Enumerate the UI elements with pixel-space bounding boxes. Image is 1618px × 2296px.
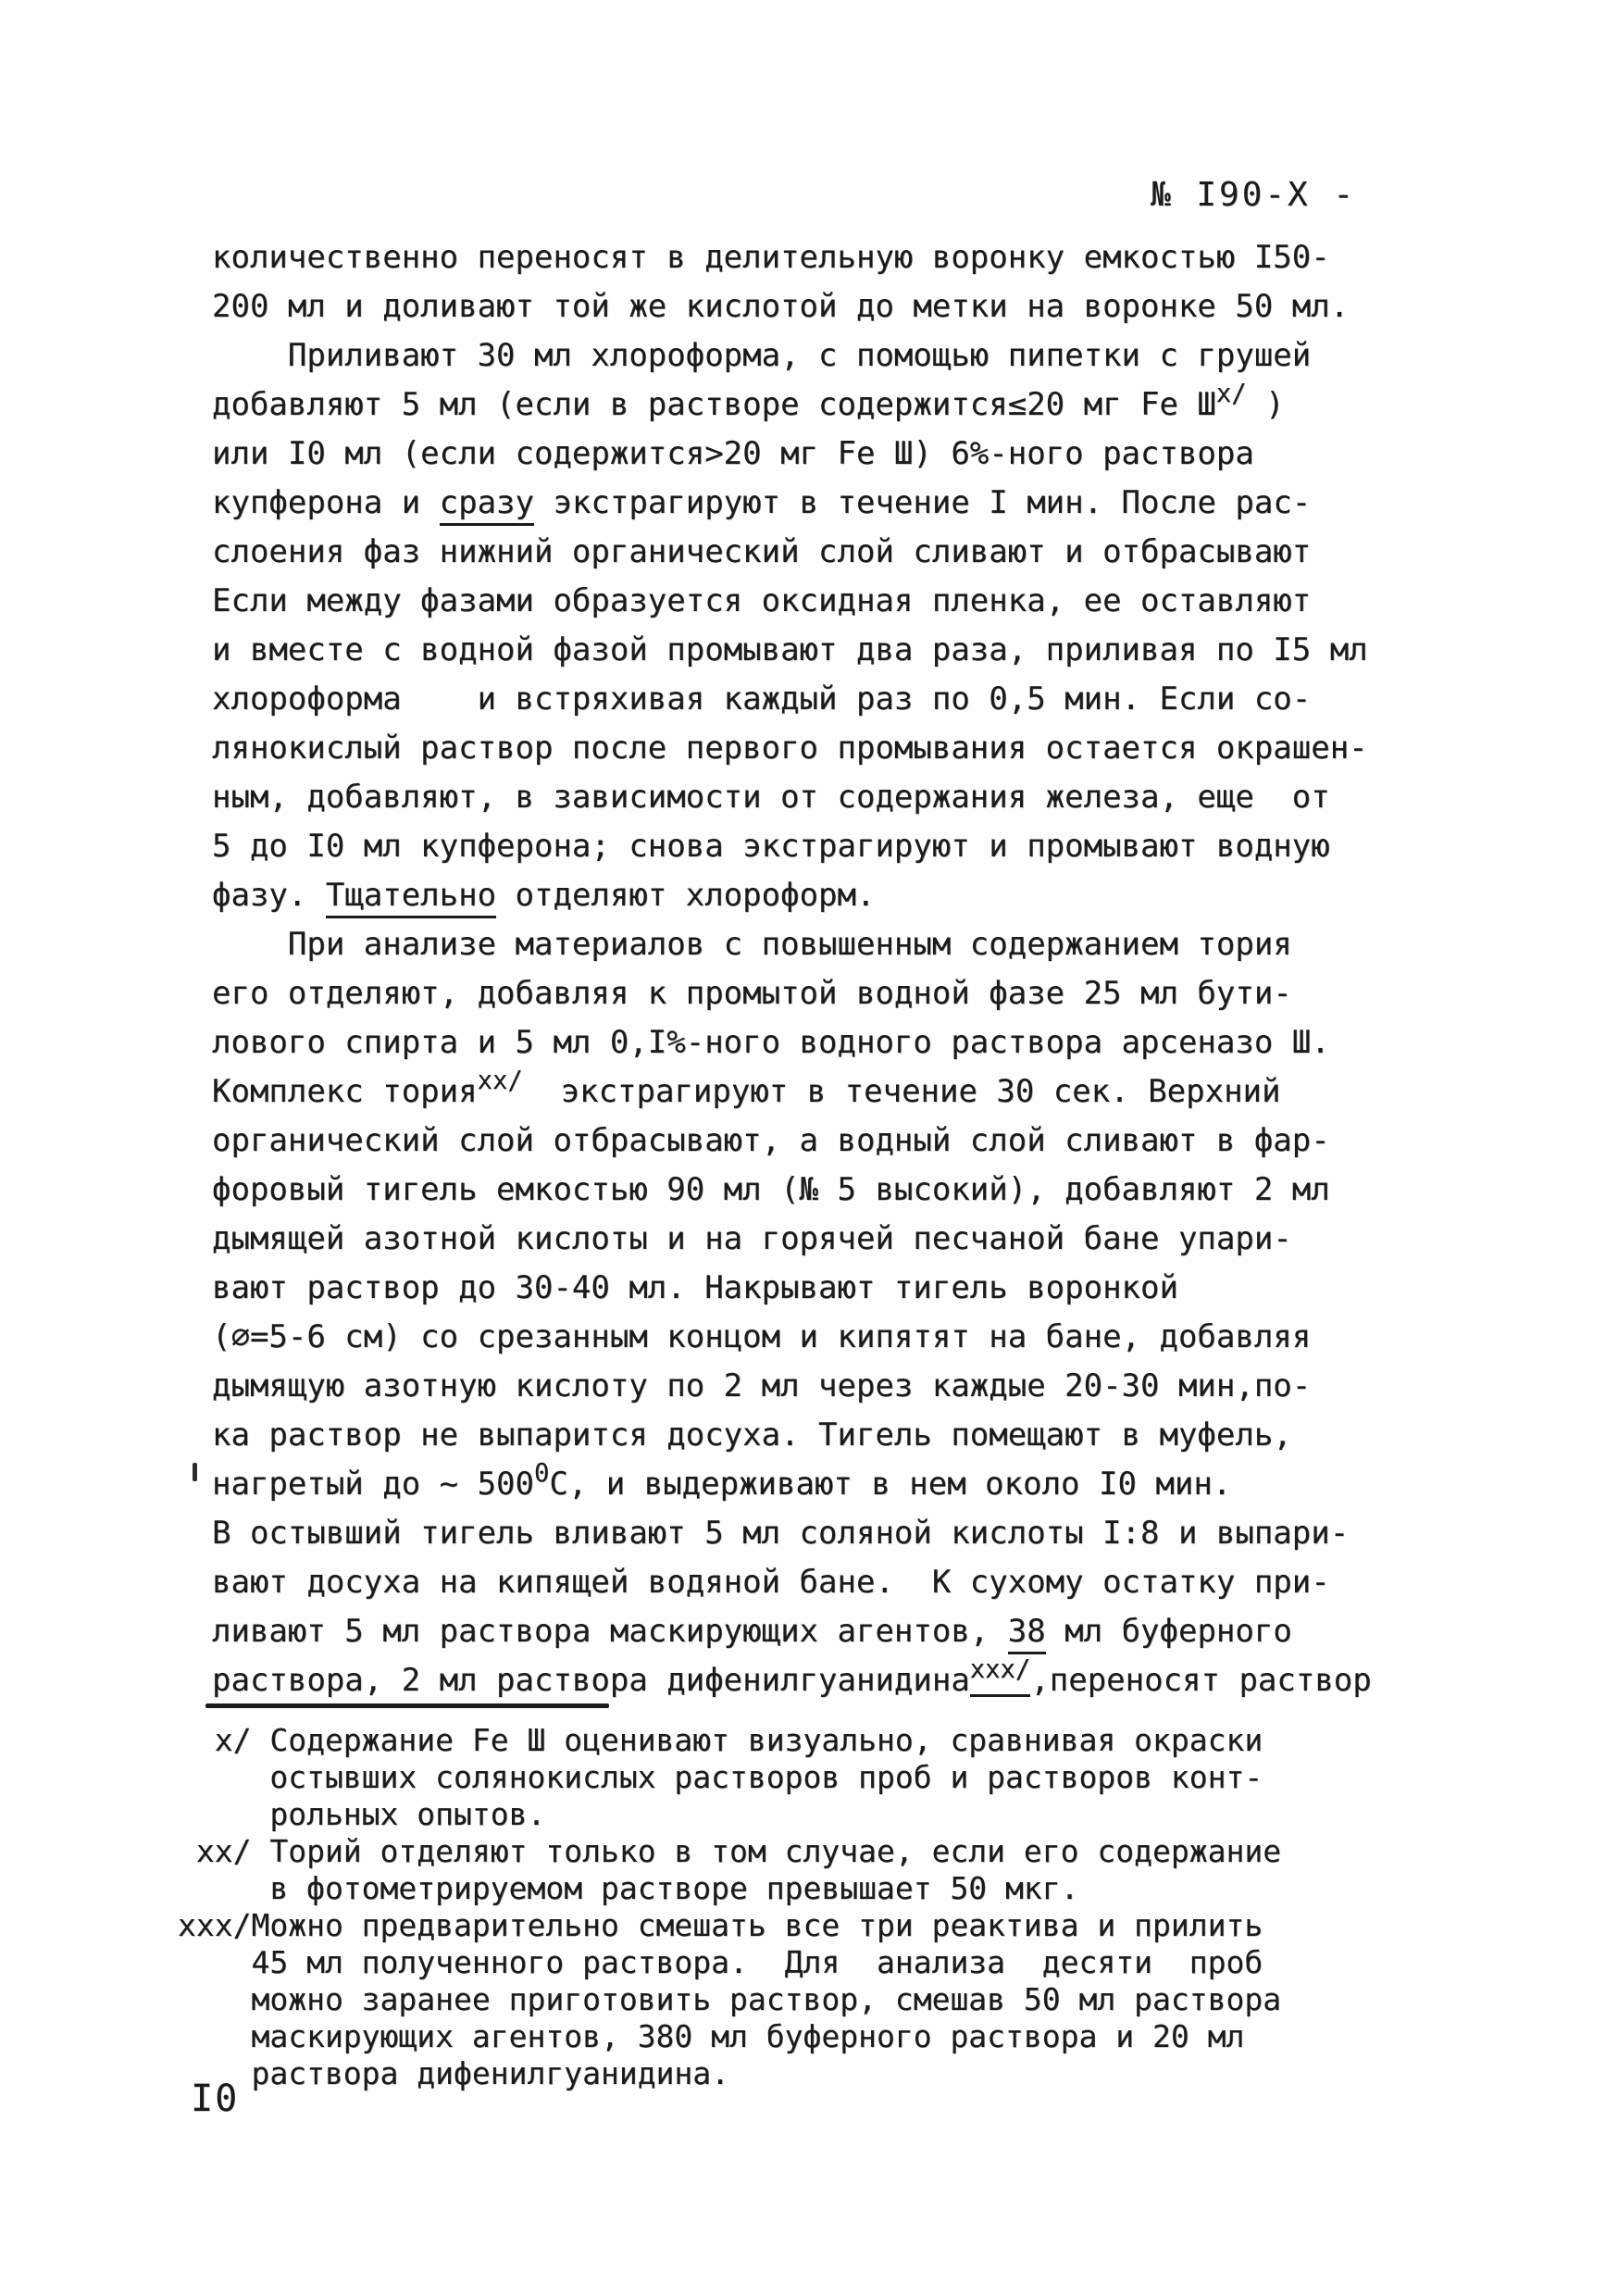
text-segment: вают досуха на кипящей водяной бане. К с… bbox=[212, 1564, 1330, 1601]
text-line: раствора, 2 мл раствора дифенилгуанидина… bbox=[212, 1656, 1372, 1705]
text-line: фазу. Тщательно отделяют хлороформ. bbox=[212, 871, 1372, 920]
text-line: рольных опытов. bbox=[178, 1796, 1281, 1833]
text-line: 5 до I0 мл купферона; снова экстрагируют… bbox=[212, 822, 1372, 871]
text-line: лянокислый раствор после первого промыва… bbox=[212, 724, 1372, 773]
text-segment: хлороформа и встряхивая каждый раз по 0,… bbox=[212, 680, 1311, 717]
text-segment: Комплекс тория bbox=[212, 1073, 478, 1110]
text-segment: слоения фаз нижний органический слой сли… bbox=[212, 533, 1311, 570]
text-line: При анализе материалов с повышенным соде… bbox=[212, 920, 1372, 969]
text-segment: раствора, 2 мл раствора дифенилгуанидина bbox=[212, 1662, 970, 1699]
text-line: хлороформа и встряхивая каждый раз по 0,… bbox=[212, 675, 1372, 724]
text-segment: рольных опытов. bbox=[178, 1796, 545, 1832]
text-line: в фотометрируемом растворе превышает 50 … bbox=[178, 1870, 1281, 1907]
text-segment: количественно переносят в делительную во… bbox=[212, 239, 1330, 276]
body-text: количественно переносят в делительную во… bbox=[212, 233, 1372, 1705]
text-segment: Если между фазами образуется оксидная пл… bbox=[212, 582, 1311, 619]
text-segment: сразу bbox=[440, 484, 534, 526]
text-segment: ным, добавляют, в зависимости от содержа… bbox=[212, 779, 1330, 816]
text-line: 45 мл полученного раствора. Для анализа … bbox=[178, 1944, 1281, 1981]
text-segment: можно заранее приготовить раствор, смеша… bbox=[178, 1981, 1281, 2017]
text-line: ка раствор не выпарится досуха. Тигель п… bbox=[212, 1411, 1372, 1460]
text-line: количественно переносят в делительную во… bbox=[212, 233, 1372, 282]
text-segment: раствора дифенилгуанидина. bbox=[178, 2055, 729, 2091]
text-segment: ,переносят раствор bbox=[1030, 1662, 1371, 1699]
text-line: или I0 мл (если содержится>20 мг Fe Ш) 6… bbox=[212, 430, 1372, 479]
text-segment: Приливают 30 мл хлороформа, с помощью пи… bbox=[212, 337, 1311, 374]
text-segment: ххх/Можно предварительно смешать все три… bbox=[178, 1907, 1263, 1943]
page-number: I0 bbox=[191, 2078, 239, 2120]
text-line: раствора дифенилгуанидина. bbox=[178, 2055, 1281, 2092]
text-line: остывших солянокислых растворов проб и р… bbox=[178, 1759, 1281, 1796]
text-segment: купферона и bbox=[212, 484, 440, 521]
text-segment: мл буферного bbox=[1046, 1613, 1292, 1650]
text-line: дымящую азотную кислоту по 2 мл через ка… bbox=[212, 1362, 1372, 1411]
text-line: можно заранее приготовить раствор, смеша… bbox=[178, 1981, 1281, 2018]
text-segment: остывших солянокислых растворов проб и р… bbox=[178, 1759, 1263, 1795]
text-line: вают раствор до 30-40 мл. Накрывают тиге… bbox=[212, 1264, 1372, 1313]
text-segment: его отделяют, добавляя к промытой водной… bbox=[212, 975, 1292, 1012]
text-segment: дымящей азотной кислоты и на горячей пес… bbox=[212, 1220, 1292, 1257]
text-segment: (∅=5-6 см) со срезанным концом и кипятят… bbox=[212, 1318, 1311, 1355]
text-segment: дымящую азотную кислоту по 2 мл через ка… bbox=[212, 1367, 1311, 1404]
text-segment: нагретый до ~ 500 bbox=[212, 1466, 534, 1503]
text-segment: При анализе материалов с повышенным соде… bbox=[212, 926, 1292, 963]
text-line: Комплекс торияхх/ экстрагируют в течение… bbox=[212, 1067, 1372, 1117]
text-segment: 5 до I0 мл купферона; снова экстрагируют… bbox=[212, 828, 1330, 865]
text-segment: маскирующих агентов, 380 мл буферного ра… bbox=[178, 2018, 1244, 2054]
text-segment: лянокислый раствор после первого промыва… bbox=[212, 730, 1368, 767]
text-line: и вместе с водной фазой промывают два ра… bbox=[212, 626, 1372, 675]
text-segment: органический слой отбрасывают, а водный … bbox=[212, 1122, 1330, 1159]
text-line: ххх/Можно предварительно смешать все три… bbox=[178, 1907, 1281, 1944]
text-segment: С, и выдерживают в нем около I0 мин. bbox=[549, 1466, 1231, 1503]
text-segment: В остывший тигель вливают 5 мл соляной к… bbox=[212, 1515, 1349, 1552]
text-line: ливают 5 мл раствора маскирующих агентов… bbox=[212, 1607, 1372, 1656]
scan-artifact bbox=[193, 1463, 197, 1481]
text-line: лового спирта и 5 мл 0,I%-ного водного р… bbox=[212, 1018, 1372, 1067]
text-segment: ливают 5 мл раствора маскирующих агентов… bbox=[212, 1613, 1008, 1650]
text-segment: отделяют хлороформ. bbox=[496, 877, 875, 914]
footnote-reference: 0 bbox=[534, 1449, 549, 1498]
text-line: Приливают 30 мл хлороформа, с помощью пи… bbox=[212, 331, 1372, 381]
text-line: его отделяют, добавляя к промытой водной… bbox=[212, 969, 1372, 1018]
text-line: Если между фазами образуется оксидная пл… bbox=[212, 577, 1372, 626]
text-segment: вают раствор до 30-40 мл. Накрывают тиге… bbox=[212, 1269, 1178, 1306]
text-segment: в фотометрируемом растворе превышает 50 … bbox=[178, 1870, 1079, 1906]
text-line: хх/ Торий отделяют только в том случае, … bbox=[178, 1833, 1281, 1870]
text-line: (∅=5-6 см) со срезанным концом и кипятят… bbox=[212, 1313, 1372, 1362]
text-line: В остывший тигель вливают 5 мл соляной к… bbox=[212, 1509, 1372, 1558]
text-segment: 45 мл полученного раствора. Для анализа … bbox=[178, 1944, 1263, 1980]
text-line: добавляют 5 мл (если в растворе содержит… bbox=[212, 381, 1372, 430]
text-line: органический слой отбрасывают, а водный … bbox=[212, 1117, 1372, 1166]
text-segment: ) bbox=[1247, 386, 1285, 423]
text-segment: Тщательно bbox=[326, 877, 496, 918]
text-segment: форовый тигель емкостью 90 мл (№ 5 высок… bbox=[212, 1171, 1330, 1208]
text-line: х/ Содержание Fe Ш оценивают визуально, … bbox=[178, 1722, 1281, 1759]
scanned-document-page: № I90-Х - количественно переносят в дели… bbox=[0, 0, 1618, 2296]
footnote-reference: хх/ bbox=[478, 1056, 523, 1105]
text-line: дымящей азотной кислоты и на горячей пес… bbox=[212, 1215, 1372, 1264]
text-segment: ка раствор не выпарится досуха. Тигель п… bbox=[212, 1416, 1292, 1454]
footnote-separator bbox=[205, 1703, 609, 1708]
text-line: слоения фаз нижний органический слой сли… bbox=[212, 528, 1372, 577]
text-segment: и вместе с водной фазой промывают два ра… bbox=[212, 631, 1368, 668]
text-line: ным, добавляют, в зависимости от содержа… bbox=[212, 773, 1372, 822]
text-line: нагретый до ~ 5000С, и выдерживают в нем… bbox=[212, 1460, 1372, 1509]
text-segment: х/ Содержание Fe Ш оценивают визуально, … bbox=[178, 1722, 1263, 1758]
text-segment: 200 мл и доливают той же кислотой до мет… bbox=[212, 288, 1349, 325]
footnote-reference: х/ bbox=[1216, 369, 1247, 418]
text-segment: добавляют 5 мл (если в растворе содержит… bbox=[212, 386, 1216, 423]
text-segment: хх/ Торий отделяют только в том случае, … bbox=[178, 1833, 1281, 1869]
footnote-reference: ххх/ bbox=[970, 1645, 1030, 1697]
text-segment: экстрагируют в течение I мин. После рас- bbox=[534, 484, 1311, 521]
text-line: маскирующих агентов, 380 мл буферного ра… bbox=[178, 2018, 1281, 2055]
text-line: купферона и сразу экстрагируют в течение… bbox=[212, 479, 1372, 528]
text-segment: лового спирта и 5 мл 0,I%-ного водного р… bbox=[212, 1024, 1330, 1061]
document-number: № I90-Х - bbox=[1151, 176, 1356, 214]
text-line: вают досуха на кипящей водяной бане. К с… bbox=[212, 1558, 1372, 1607]
text-segment: или I0 мл (если содержится>20 мг Fe Ш) 6… bbox=[212, 435, 1254, 472]
text-line: форовый тигель емкостью 90 мл (№ 5 высок… bbox=[212, 1166, 1372, 1215]
text-segment: экстрагируют в течение 30 сек. Верхний bbox=[523, 1073, 1281, 1110]
text-line: 200 мл и доливают той же кислотой до мет… bbox=[212, 282, 1372, 331]
text-segment: фазу. bbox=[212, 877, 326, 914]
footnotes: х/ Содержание Fe Ш оценивают визуально, … bbox=[178, 1722, 1281, 2092]
